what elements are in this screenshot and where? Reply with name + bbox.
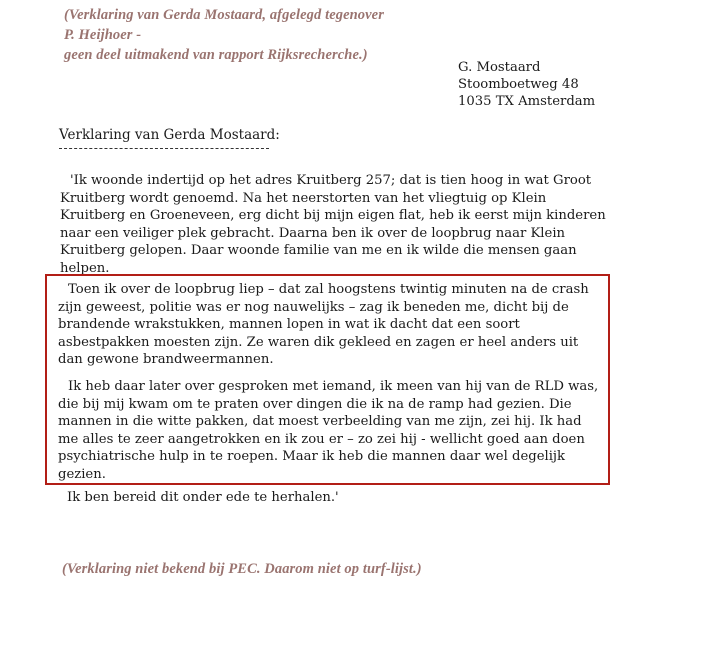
paragraph-line: Ik heb daar later over gesproken met iem… bbox=[58, 378, 598, 396]
paragraph-line: me alles te zeer aangetrokken en ik zou … bbox=[58, 431, 598, 449]
paragraph-line: mannen in die witte pakken, dat moest ve… bbox=[58, 413, 598, 431]
paragraph-line: die bij mij kwam om te praten over dinge… bbox=[58, 396, 598, 414]
statement-heading: Verklaring van Gerda Mostaard: bbox=[59, 126, 280, 144]
statement-paragraph-1: 'Ik woonde indertijd op het adres Kruitb… bbox=[60, 172, 606, 277]
footer-editorial-note: (Verklaring niet bekend bij PEC. Daarom … bbox=[62, 559, 462, 579]
paragraph-line: psychiatrische hulp in te roepen. Maar i… bbox=[58, 448, 598, 466]
statement-paragraph-2: Toen ik over de loopbrug liep – dat zal … bbox=[58, 281, 589, 369]
header-editorial-note: (Verklaring van Gerda Mostaard, afgelegd… bbox=[64, 5, 394, 65]
sender-street: Stoomboetweg 48 bbox=[458, 76, 595, 93]
sender-name: G. Mostaard bbox=[458, 59, 595, 76]
paragraph-line: Kruitberg wordt genoemd. Na het neerstor… bbox=[60, 190, 606, 208]
paragraph-line: brandende wrakstukken, mannen lopen in w… bbox=[58, 316, 589, 334]
sender-address: G. Mostaard Stoomboetweg 48 1035 TX Amst… bbox=[458, 59, 595, 110]
paragraph-line: Kruitberg en Groeneveen, erg dicht bij m… bbox=[60, 207, 606, 225]
statement-closing: Ik ben bereid dit onder ede te herhalen.… bbox=[67, 489, 339, 507]
header-note-line: (Verklaring van Gerda Mostaard, afgelegd… bbox=[64, 5, 394, 45]
paragraph-line: gezien. bbox=[58, 466, 598, 484]
closing-line: Ik ben bereid dit onder ede te herhalen.… bbox=[67, 489, 339, 507]
sender-city: 1035 TX Amsterdam bbox=[458, 93, 595, 110]
paragraph-line: Toen ik over de loopbrug liep – dat zal … bbox=[58, 281, 589, 299]
paragraph-line: zijn geweest, politie was er nog nauweli… bbox=[58, 299, 589, 317]
header-note-line: geen deel uitmakend van rapport Rijksrec… bbox=[64, 45, 394, 65]
paragraph-line: 'Ik woonde indertijd op het adres Kruitb… bbox=[60, 172, 606, 190]
statement-paragraph-3: Ik heb daar later over gesproken met iem… bbox=[58, 378, 598, 483]
paragraph-line: asbestpakken moesten zijn. Ze waren dik … bbox=[58, 334, 589, 352]
paragraph-line: dan gewone brandweermannen. bbox=[58, 351, 589, 369]
paragraph-line: naar een veiliger plek gebracht. Daarna … bbox=[60, 225, 606, 243]
paragraph-line: Kruitberg gelopen. Daar woonde familie v… bbox=[60, 242, 606, 260]
heading-dashed-underline bbox=[59, 148, 269, 149]
